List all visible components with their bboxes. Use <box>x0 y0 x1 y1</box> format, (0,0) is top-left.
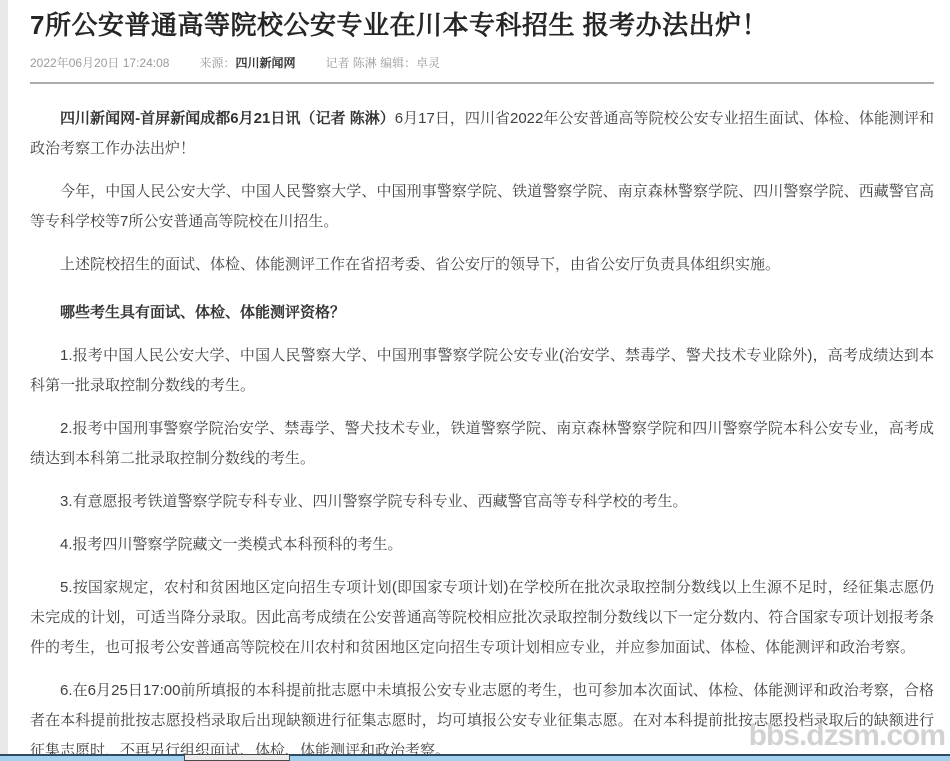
article-paragraph: 上述院校招生的面试、体检、体能测评工作在省招考委、省公安厅的领导下，由省公安厅负… <box>30 250 934 280</box>
article-paragraph: 3.有意愿报考铁道警察学院专科专业、四川警察学院专科专业、西藏警官高等专科学校的… <box>30 487 934 517</box>
article-title: 7所公安普通高等院校公安专业在川本专科招生 报考办法出炉！ <box>30 8 934 42</box>
paragraph-lead: 四川新闻网-首屏新闻成都6月21日讯（记者 陈淋） <box>60 110 395 127</box>
article-paragraph: 5.按国家规定，农村和贫困地区定向招生专项计划(即国家专项计划)在学校所在批次录… <box>30 573 934 663</box>
scrollbar-thumb[interactable] <box>184 754 290 761</box>
source-field: 来源：四川新闻网 <box>199 56 295 70</box>
article-paragraph: 四川新闻网-首屏新闻成都6月21日讯（记者 陈淋）6月17日，四川省2022年公… <box>30 104 934 164</box>
article-paragraph: 今年，中国人民公安大学、中国人民警察大学、中国刑事警察学院、铁道警察学院、南京森… <box>30 177 934 237</box>
article-paragraph: 6.在6月25日17:00前所填报的本科提前批志愿中未填报公安专业志愿的考生，也… <box>30 676 934 761</box>
byline: 记者 陈淋 编辑：卓灵 <box>325 56 440 70</box>
horizontal-scrollbar[interactable] <box>0 754 950 761</box>
article-paragraph: 4.报考四川警察学院藏文一类模式本科预科的考生。 <box>30 530 934 560</box>
news-article: 7所公安普通高等院校公安专业在川本专科招生 报考办法出炉！ 2022年06月20… <box>0 0 950 761</box>
publish-datetime: 2022年06月20日 17:24:08 <box>30 56 169 70</box>
section-heading: 哪些考生具有面试、体检、体能测评资格？ <box>30 298 934 328</box>
article-meta: 2022年06月20日 17:24:08来源：四川新闻网记者 陈淋 编辑：卓灵 <box>30 54 934 71</box>
article-paragraph: 2.报考中国刑事警察学院治安学、禁毒学、警犬技术专业，铁道警察学院、南京森林警察… <box>30 414 934 474</box>
article-paragraph: 1.报考中国人民公安大学、中国人民警察大学、中国刑事警察学院公安专业(治安学、禁… <box>30 341 934 401</box>
source-name: 四川新闻网 <box>235 56 295 70</box>
article-body: 四川新闻网-首屏新闻成都6月21日讯（记者 陈淋）6月17日，四川省2022年公… <box>30 84 934 761</box>
source-label: 来源： <box>199 56 235 70</box>
